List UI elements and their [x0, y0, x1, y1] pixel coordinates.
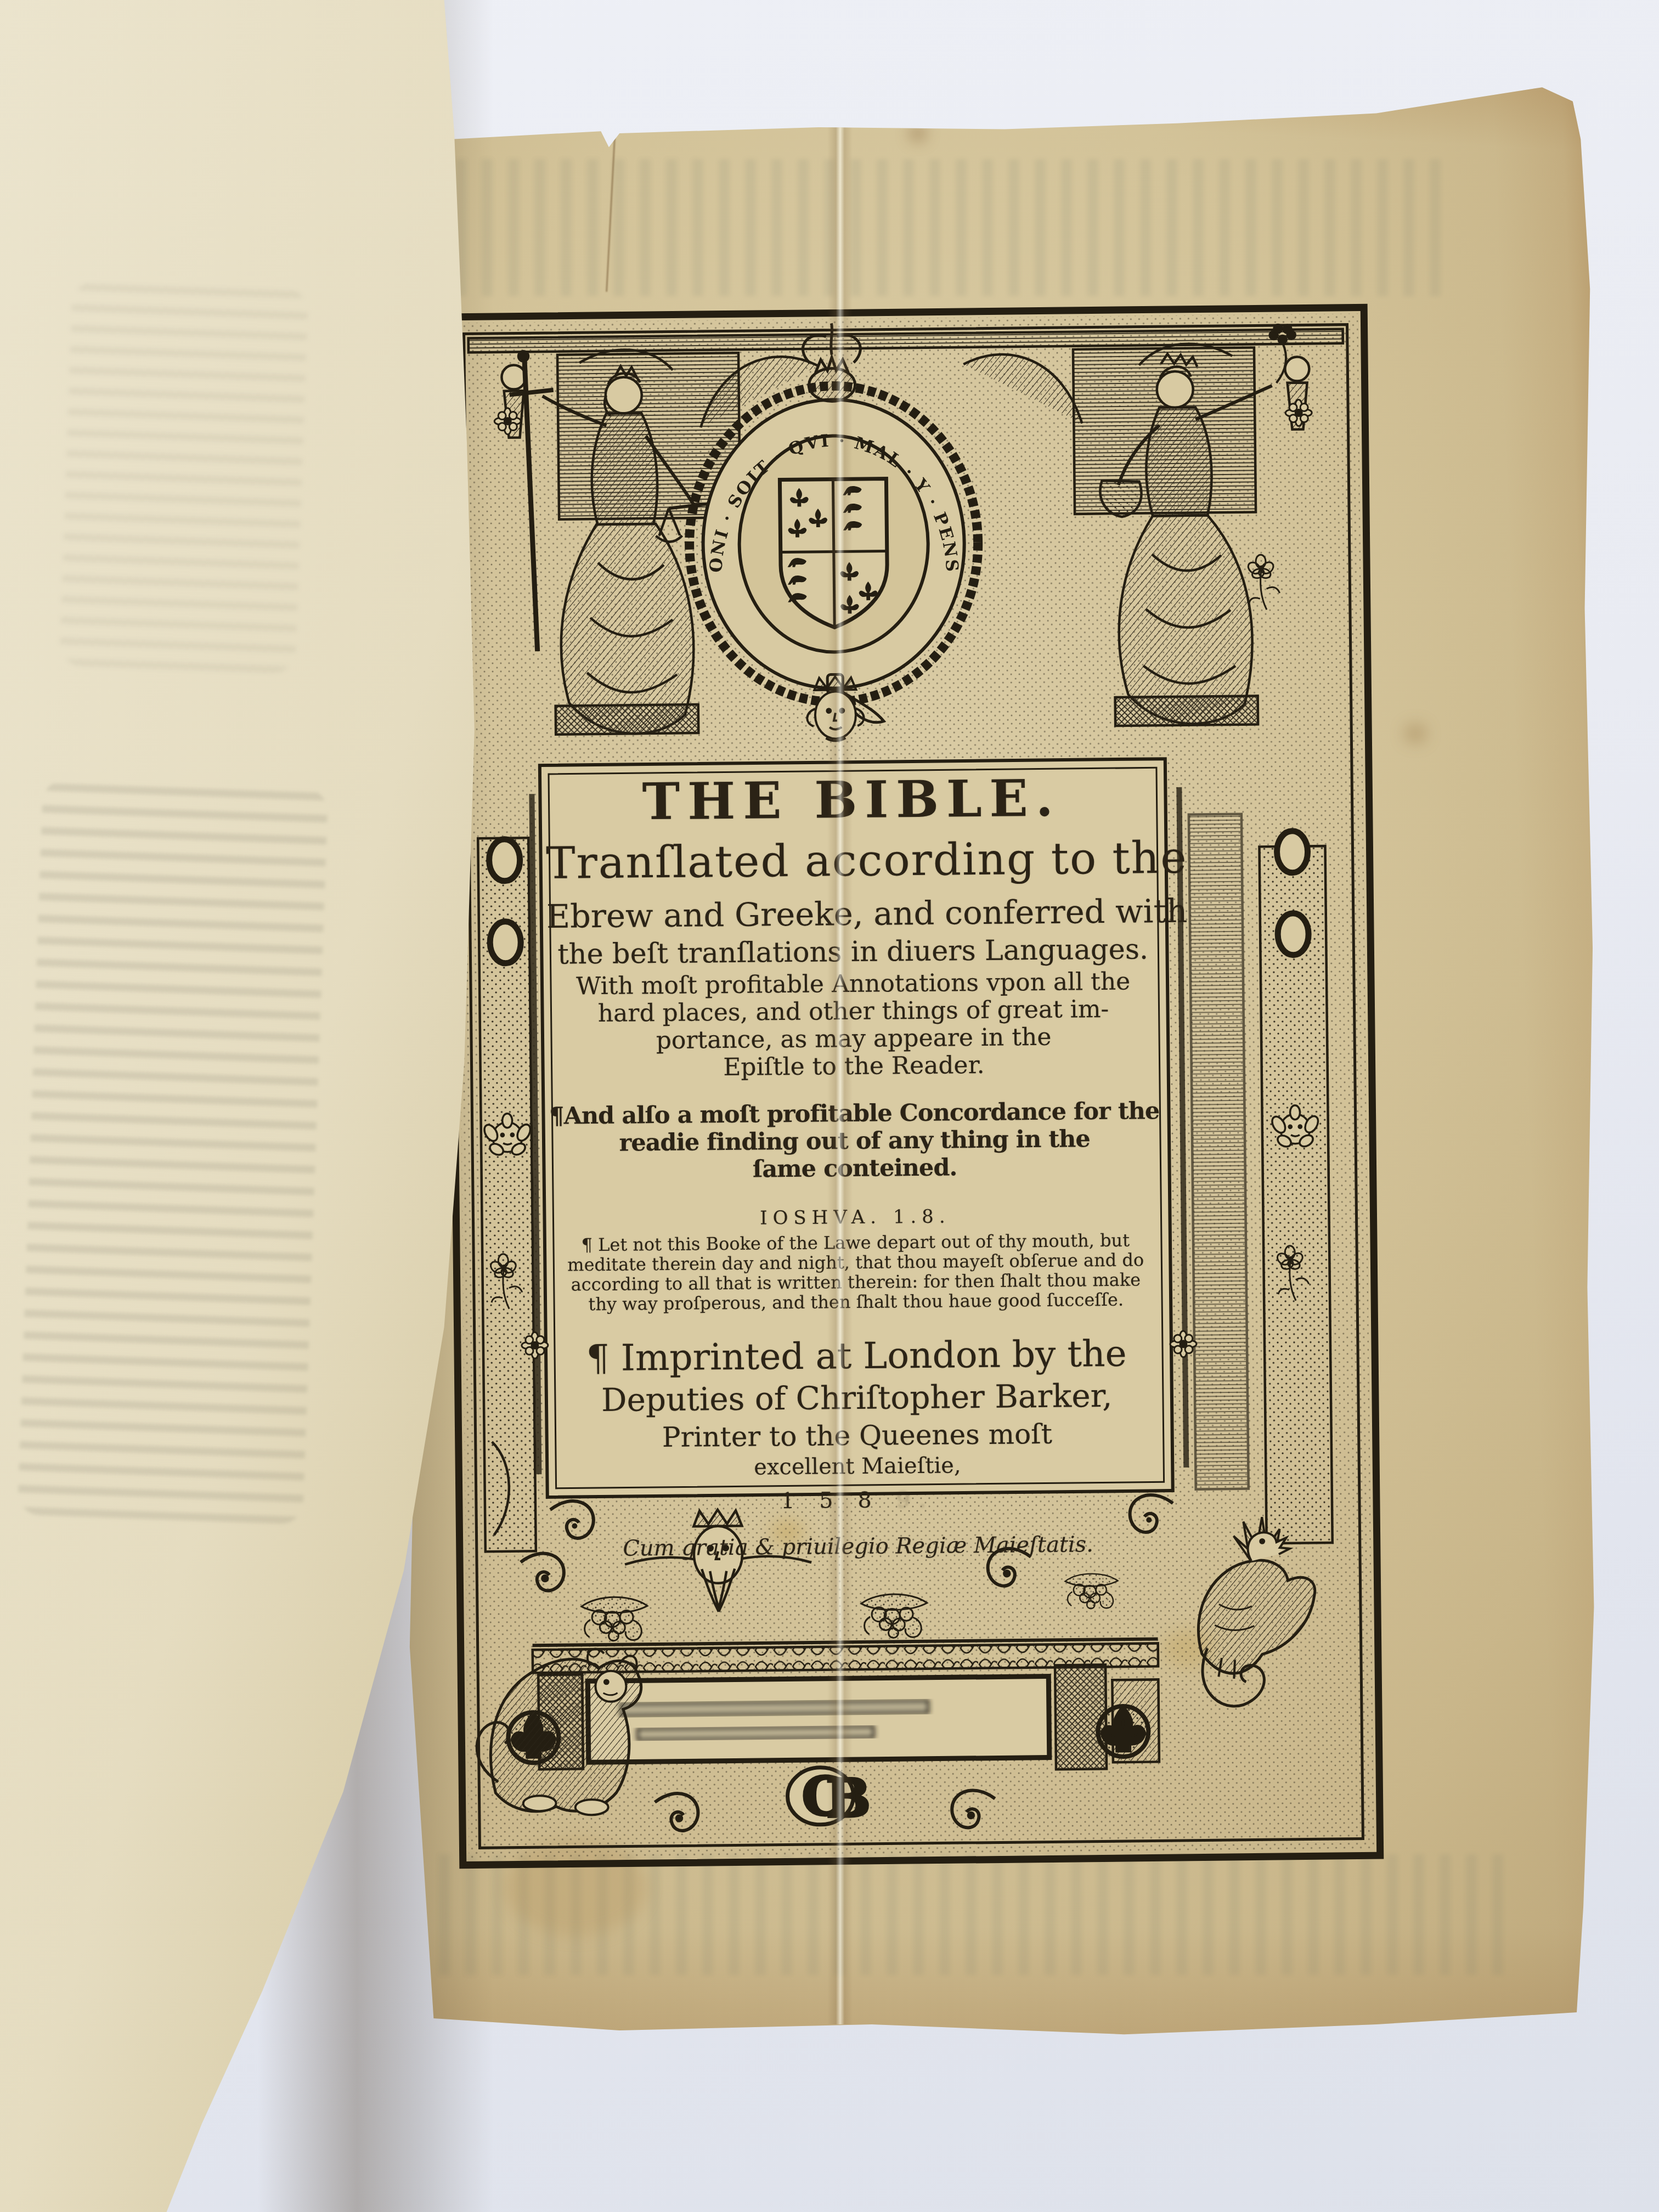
imprint-line: Printer to the Queenes moſt	[551, 1417, 1163, 1454]
foxing-spot	[1404, 724, 1426, 743]
privilege-line: Cum gratia & priuilegio Regiæ Maieſtatis…	[552, 1531, 1164, 1562]
imprint-line: ¶ Imprinted at London by the	[550, 1332, 1163, 1380]
concordance-line: readie finding out of any thing in the	[549, 1125, 1161, 1158]
subtitle-line: hard places, and other things of great i…	[547, 995, 1159, 1028]
showthrough-ornament-top	[455, 159, 1454, 296]
foxing-spot	[911, 126, 925, 140]
subtitle-line: the beſt tranſlations in diuers Language…	[546, 933, 1159, 971]
scripture-line: thy way proſperous, and then ſhalt thou …	[550, 1289, 1162, 1314]
subtitle-line: Ebrew and Greeke, and conferred with	[546, 892, 1159, 935]
imprint-line: excellent Maieſtie,	[551, 1451, 1164, 1482]
showthrough-smudge	[621, 1701, 928, 1716]
left-page-showthrough	[18, 780, 328, 1524]
left-page-showthrough	[59, 281, 308, 674]
imprint-line: Deputies of Chriſtopher Barker,	[551, 1376, 1164, 1419]
scripture-heading: IOSHVA. 1.8.	[549, 1204, 1161, 1231]
concordance-line: ſame conteined.	[549, 1152, 1161, 1185]
page-fold-crease	[827, 115, 853, 2024]
title-page: HONI · SOIT · QVI · MAL · Y · PENSE	[274, 49, 1602, 2046]
blank-tablet-panel	[588, 1676, 1049, 1762]
title-text-block: THE BIBLE. Tranſlated according to the E…	[545, 758, 1165, 1562]
subtitle-line: Epiſtle to the Reader.	[548, 1050, 1160, 1083]
imprint-date: 1 5 8 9.	[551, 1485, 1164, 1516]
imprint-date-faded-digit: 9.	[896, 1487, 935, 1513]
book-photo: HONI · SOIT · QVI · MAL · Y · PENSE	[0, 0, 1659, 2212]
fleur-roundel-icon	[1098, 1706, 1149, 1757]
